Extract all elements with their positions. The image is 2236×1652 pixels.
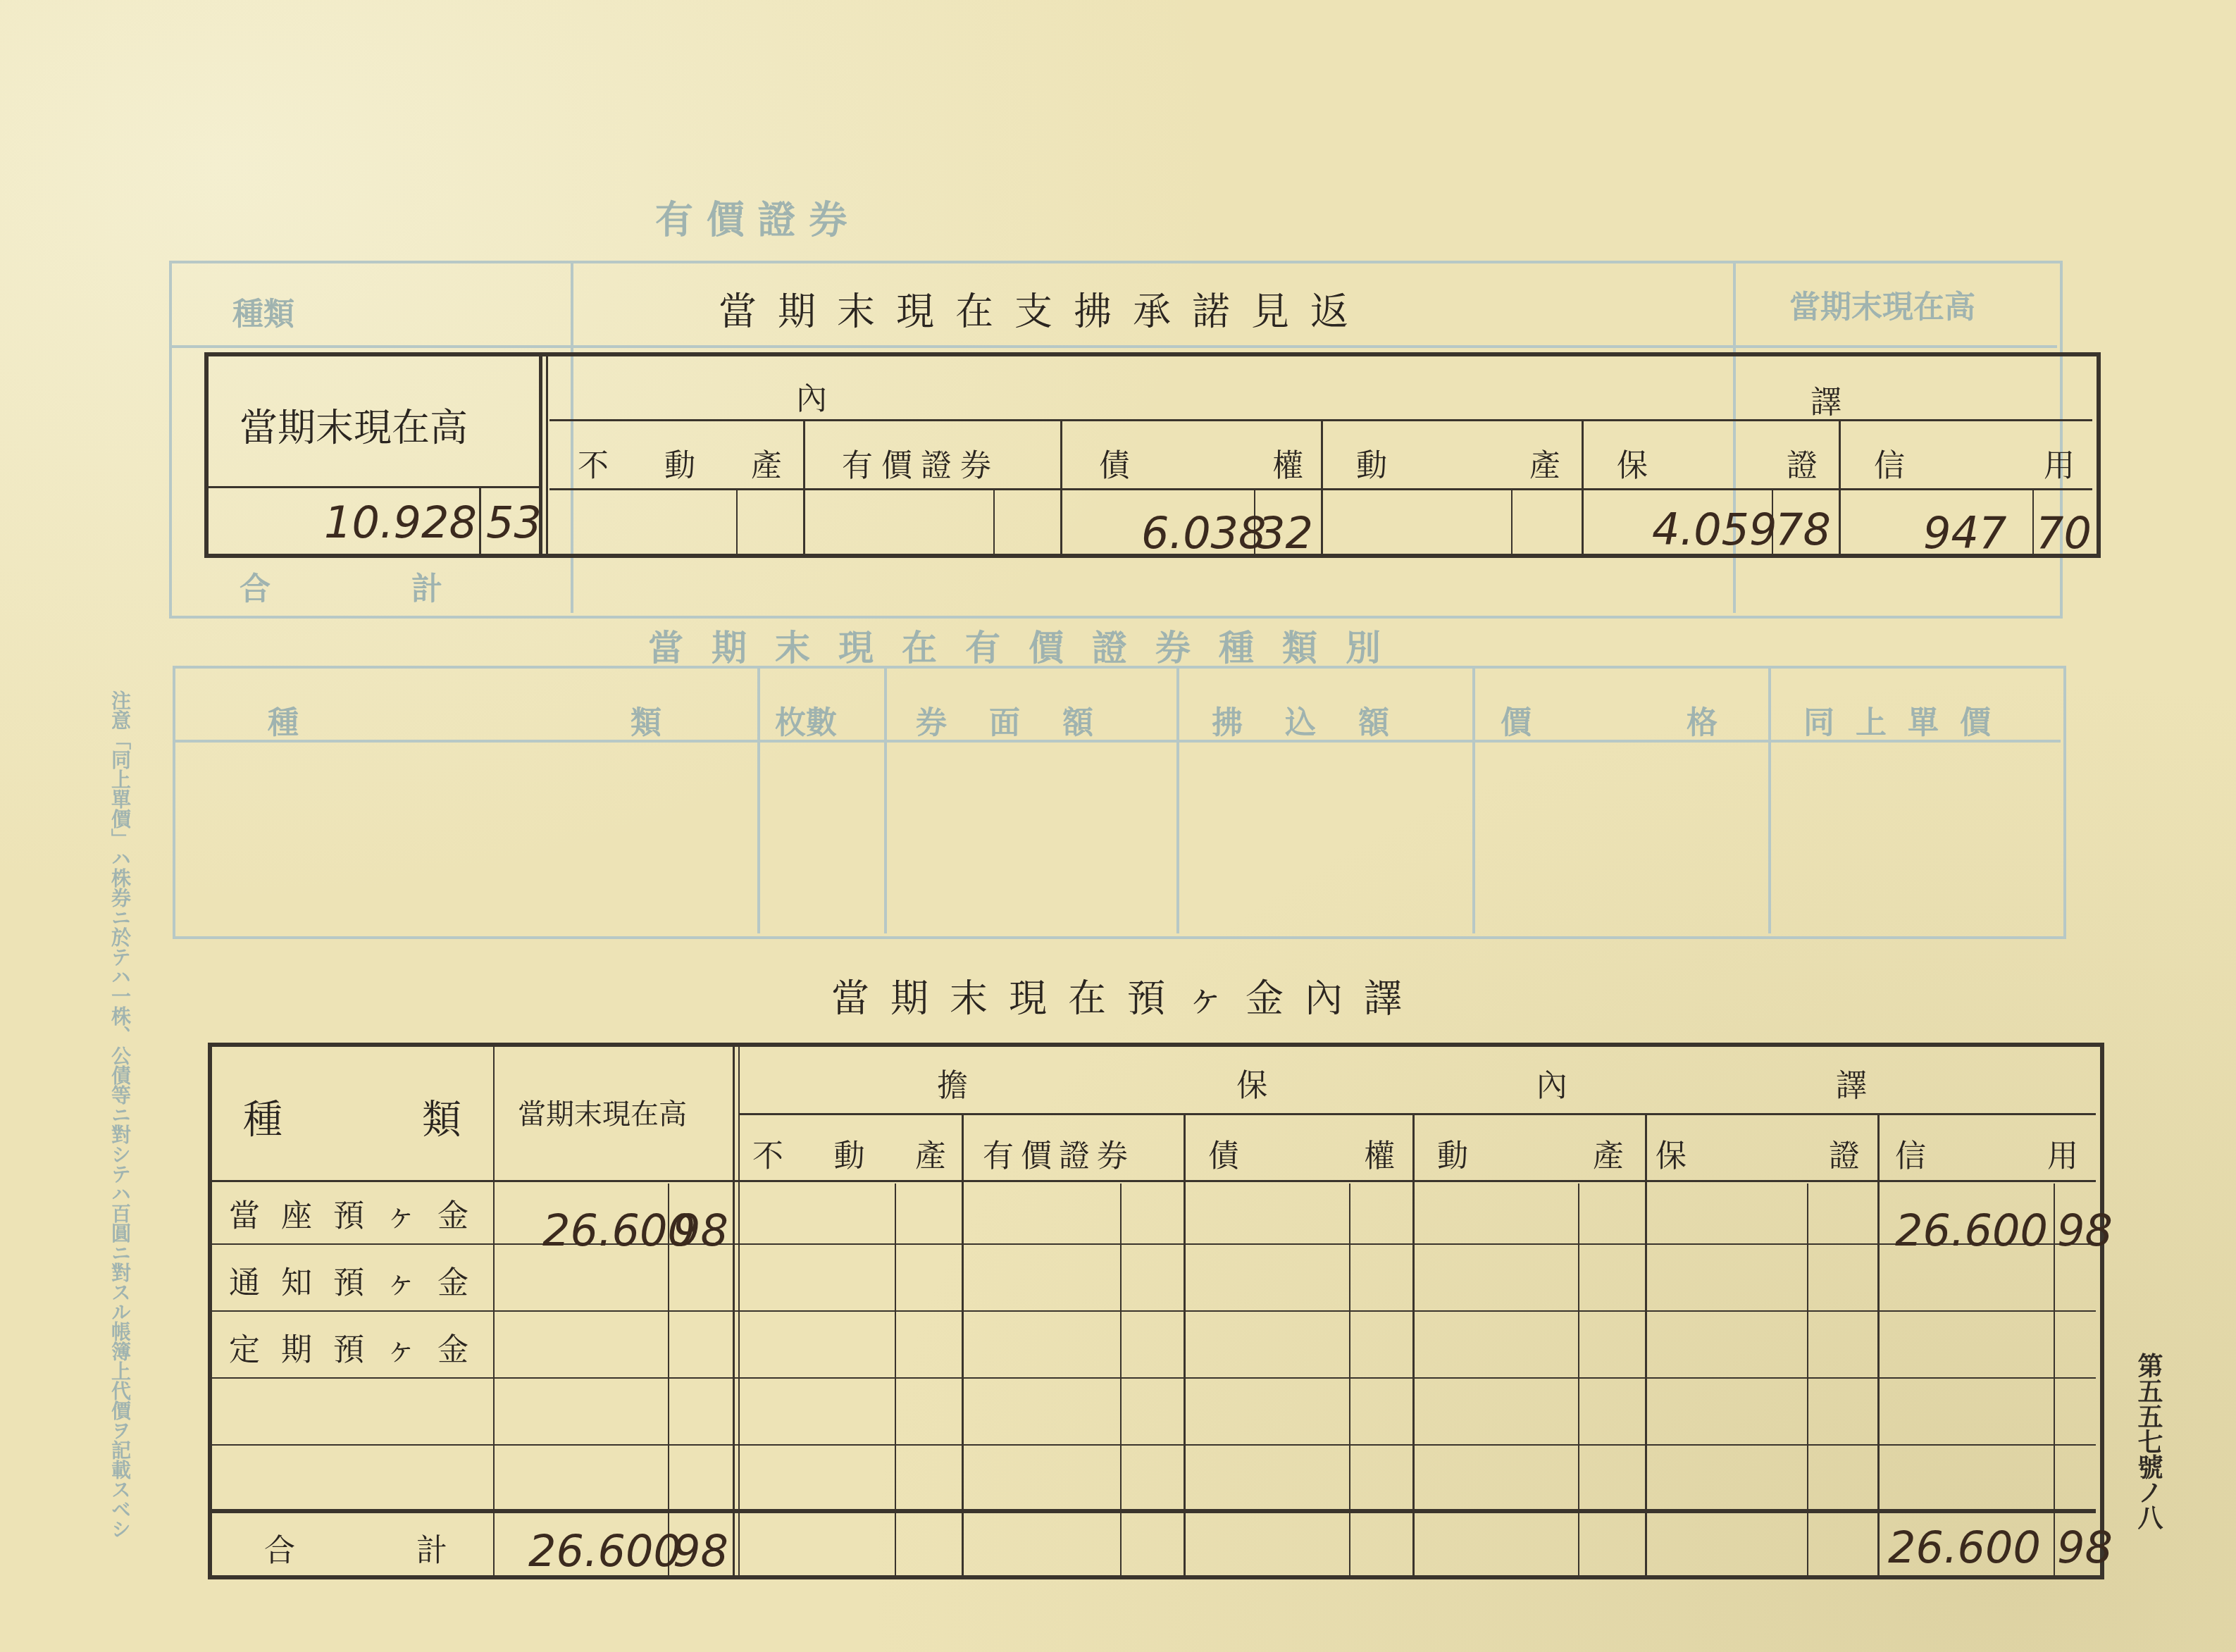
guarantee-col-real-estate: 不動產 [578,440,782,485]
deposit-col-securities: 有價證券 [983,1131,1135,1176]
deposit-row-type: 通 知 預 ヶ 金 [229,1257,474,1303]
guarantee-col-credit: 信用 [1874,440,2075,485]
deposit-header-type: 種類 [243,1088,461,1145]
faded-mid-h2: 枚數 [775,697,837,743]
deposit-col-guarantee: 保證 [1656,1131,1860,1176]
guarantee-balance-sen: 53 [486,497,542,548]
deposit-col-real-estate: 不動產 [752,1131,946,1176]
deposit-row-credit-yen: 26.600 [1895,1205,2048,1256]
guarantee-receivables-sen: 32 [1257,507,1313,559]
deposit-total-credit-yen: 26.600 [1888,1522,2041,1573]
faded-row-total: 合計 [240,564,583,609]
faded-middle-heading: 當期末現在有價證券種類別 [648,620,1409,671]
deposit-row-credit-sen: 98 [2057,1205,2113,1256]
deposit-row-type: 當 座 預 ヶ 金 [229,1191,474,1236]
faded-mid-h0: 種 [268,697,299,743]
guarantee-col-guarantee: 保證 [1617,440,1818,485]
deposit-header-collateral: 擔保內譯 [937,1060,1867,1105]
faded-header-current: 當期末現在高 [1789,282,1975,327]
deposit-col-receivables: 債權 [1208,1131,1395,1176]
faded-left-note: 注意「同上單價」ハ株券ニ於テハ一株、公債等ニ對シテハ百圓ニ對スル帳簿上代價ヲ記載… [106,690,134,1501]
deposit-total-balance-sen: 98 [673,1525,728,1577]
deposit-row-balance-sen: 98 [673,1205,728,1256]
deposit-total-balance-yen: 26.600 [528,1525,681,1577]
guarantee-balance-label: 當期末現在高 [240,398,468,452]
faded-mid-h1: 類 [631,697,662,743]
guarantee-section-title: 當期末現在支拂承諾見返 [719,282,1369,336]
faded-top-heading: 有 價 證 券 [655,190,1571,244]
deposit-col-credit: 信用 [1895,1131,2078,1176]
guarantee-breakdown-right: 譯 [1810,377,1841,422]
deposit-total-credit-sen: 98 [2057,1522,2113,1573]
deposit-section-title: 當期末現在預ヶ金內譯 [831,969,1423,1023]
guarantee-col-movables: 動產 [1356,440,1560,485]
deposit-header-balance: 當期末現在高 [518,1092,687,1132]
guarantee-balance-yen: 10.928 [324,497,477,548]
guarantee-col-receivables: 債權 [1099,440,1303,485]
deposit-total-label: 合計 [264,1525,447,1570]
faded-mid-h6: 同上單價 [1803,697,2012,743]
guarantee-credit-yen: 947 [1923,507,2006,559]
guarantee-guarantee-sen: 78 [1775,504,1831,555]
guarantee-breakdown-left: 內 [796,373,827,418]
guarantee-credit-sen: 70 [2036,507,2092,559]
guarantee-receivables-yen: 6.038 [1141,507,1267,559]
faded-mid-h4: 拂込額 [1212,697,1431,743]
faded-header-type: 種類 [232,289,294,334]
guarantee-guarantee-yen: 4.059 [1652,504,1777,555]
form-number: 第五五七號ノ八 [2131,1353,2167,1530]
guarantee-col-securities: 有價證券 [842,440,1000,485]
deposit-col-movables: 動產 [1437,1131,1624,1176]
deposit-row-type: 定 期 預 ヶ 金 [229,1324,474,1370]
faded-mid-h3: 券面額 [916,697,1136,743]
